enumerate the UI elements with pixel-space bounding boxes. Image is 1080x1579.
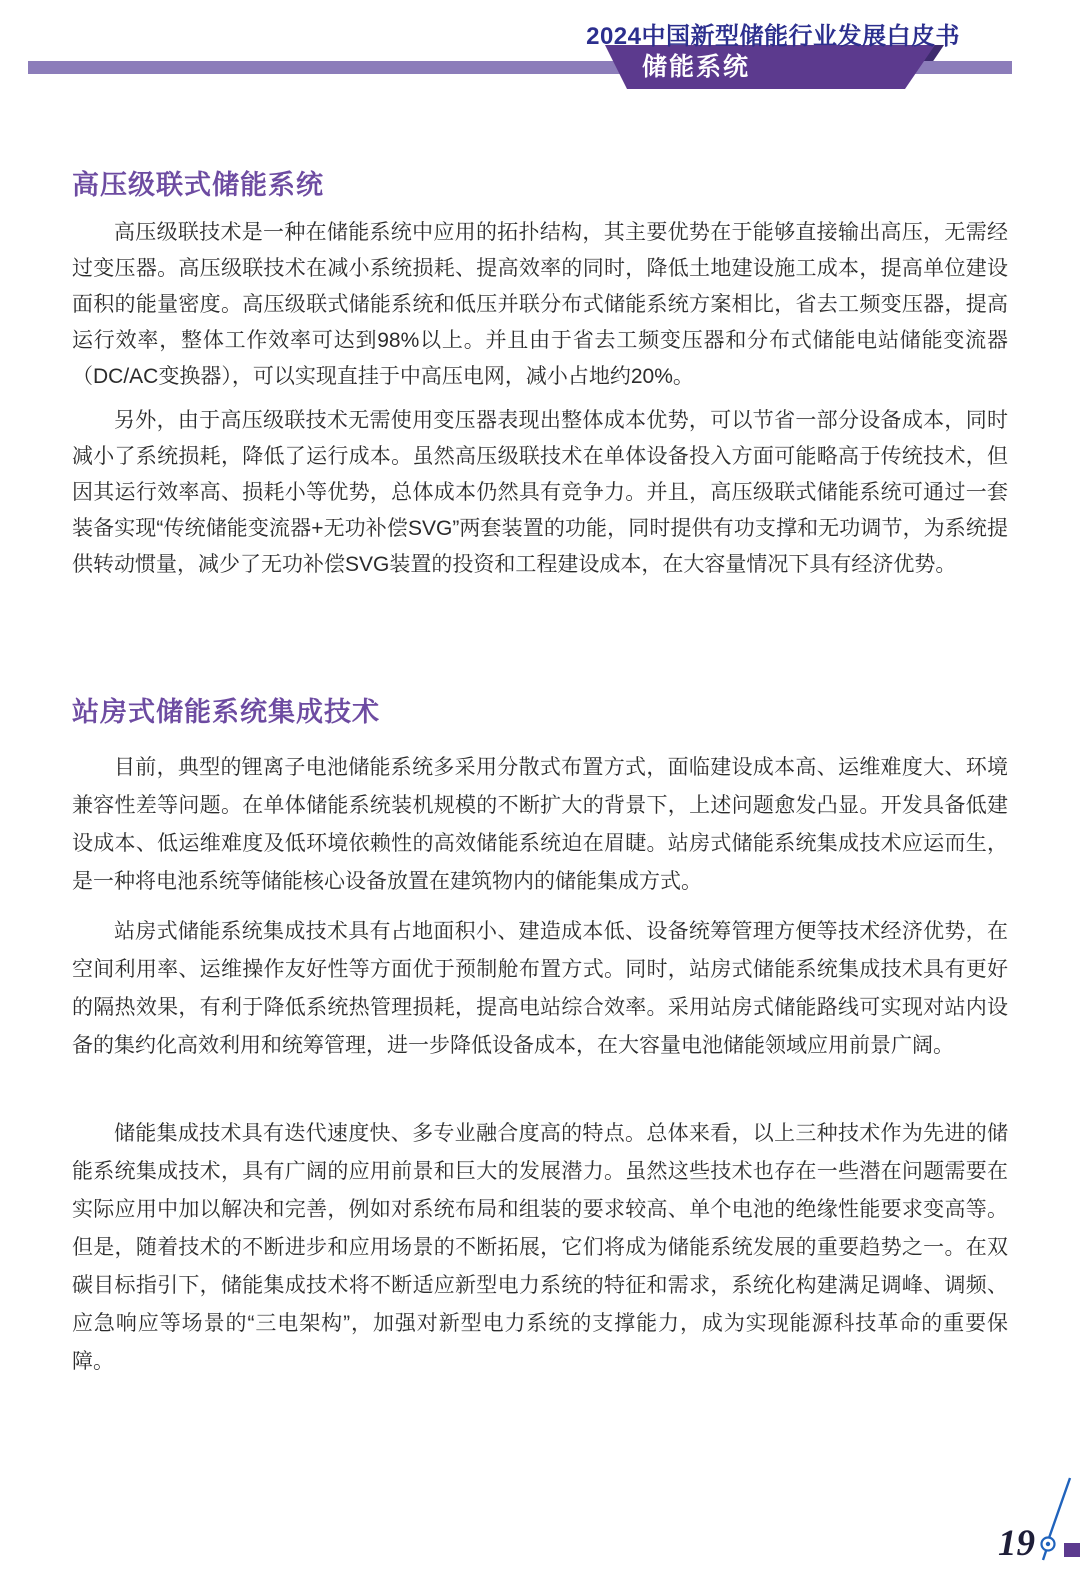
paragraph: 储能集成技术具有迭代速度快、多专业融合度高的特点。总体来看，以上三种技术作为先进…	[72, 1115, 1008, 1381]
section-heading-2: 站房式储能系统集成技术	[72, 690, 1008, 729]
report-title: 2024中国新型储能行业发展白皮书	[586, 16, 960, 51]
paragraph: 高压级联技术是一种在储能系统中应用的拓扑结构，其主要优势在于能够直接输出高压，无…	[72, 215, 1008, 395]
chapter-badge: 储能系统	[598, 45, 946, 89]
compass-pin-icon	[1033, 1470, 1080, 1570]
paragraph: 站房式储能系统集成技术具有占地面积小、建造成本低、设备统筹管理方便等技术经济优势…	[72, 913, 1008, 1065]
paragraph: 目前，典型的锂离子电池储能系统多采用分散式布置方式，面临建设成本高、运维难度大、…	[72, 749, 1008, 901]
chapter-badge-label: 储能系统	[598, 45, 946, 89]
paragraph: 另外，由于高压级联技术无需使用变压器表现出整体成本优势，可以节省一部分设备成本，…	[72, 403, 1008, 583]
document-page: 2024中国新型储能行业发展白皮书 储能系统 高压级联式储能系统 高压级联技术是…	[0, 0, 1080, 1579]
section-heading-1: 高压级联式储能系统	[72, 163, 1008, 202]
page-number: 19	[998, 1522, 1035, 1565]
